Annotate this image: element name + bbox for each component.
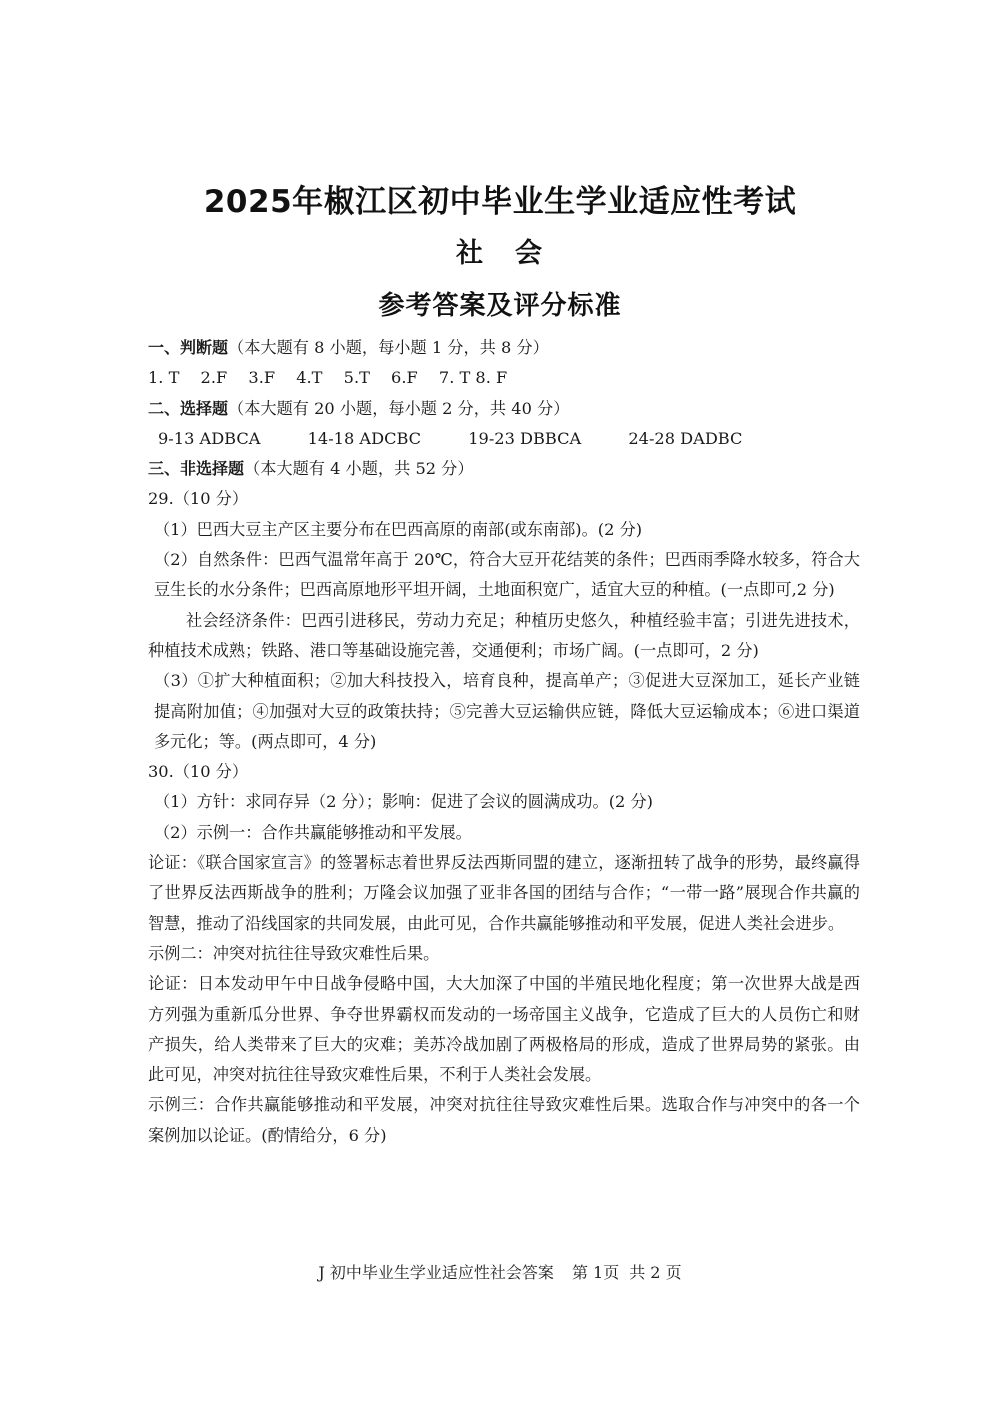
q30-part1: （1）方针：求同存异（2 分）；影响：促进了会议的圆满成功。(2 分)	[148, 787, 860, 817]
tf-answer: 4.T	[296, 363, 322, 393]
tf-answer: 2.F	[201, 363, 228, 393]
mc-answer-group: 9-13 ADBCA	[158, 424, 260, 454]
answer-body: 一、判断题（本大题有 8 小题，每小题 1 分，共 8 分） 1. T 2.F …	[148, 333, 860, 1151]
footer-page-number: 第 1页	[572, 1263, 619, 1282]
q30-part2-example1: （2）示例一：合作共赢能够推动和平发展。	[148, 818, 860, 848]
section1-header: 一、判断题（本大题有 8 小题，每小题 1 分，共 8 分）	[148, 333, 860, 363]
q30-example1-argument: 论证：《联合国家宣言》的签署标志着世界反法西斯同盟的建立，逐渐扭转了战争的形势，…	[148, 848, 860, 939]
section2-heading: 二、选择题	[148, 399, 228, 418]
document-subtitle: 参考答案及评分标准	[0, 285, 1000, 322]
page-footer: J 初中毕业生学业适应性社会答案第 1页共 2 页	[0, 1260, 1000, 1283]
tf-answer: 7. T 8. F	[439, 363, 507, 393]
exam-title: 2025年椒江区初中毕业生学业适应性考试	[0, 176, 1000, 221]
q29-part2-natural: （2）自然条件：巴西气温常年高于 20℃，符合大豆开花结荚的条件；巴西雨季降水较…	[148, 545, 860, 606]
subject-title: 社会	[0, 231, 1000, 270]
tf-answer: 5.T	[344, 363, 370, 393]
section1-heading: 一、判断题	[148, 338, 228, 357]
section2-note: （本大题有 20 小题，每小题 2 分，共 40 分）	[228, 399, 569, 418]
subject-char-1: 社	[456, 238, 485, 269]
q30-example3: 示例三：合作共赢能够推动和平发展，冲突对抗往往导致灾难性后果。选取合作与冲突中的…	[148, 1090, 860, 1151]
q29-part3: （3）①扩大种植面积；②加大科技投入，培育良种，提高单产；③促进大豆深加工，延长…	[148, 666, 860, 757]
q30-example2-argument: 论证：日本发动甲午中日战争侵略中国，大大加深了中国的半殖民地化程度；第一次世界大…	[148, 969, 860, 1090]
section2-header: 二、选择题（本大题有 20 小题，每小题 2 分，共 40 分）	[148, 394, 860, 424]
subject-char-2: 会	[515, 238, 544, 269]
q29-part1: （1）巴西大豆主产区主要分布在巴西高原的南部(或东南部)。(2 分)	[148, 515, 860, 545]
tf-answer: 3.F	[248, 363, 275, 393]
q30-example2: 示例二：冲突对抗往往导致灾难性后果。	[148, 939, 860, 969]
tf-answer: 6.F	[391, 363, 418, 393]
mc-answer-group: 14-18 ADCBC	[308, 424, 421, 454]
q29-label: 29.（10 分）	[148, 484, 860, 514]
footer-doc-name: J 初中毕业生学业适应性社会答案	[318, 1263, 554, 1282]
section3-heading: 三、非选择题	[148, 459, 244, 478]
section3-note: （本大题有 4 小题，共 52 分）	[244, 459, 474, 478]
section2-answers: 9-13 ADBCA 14-18 ADCBC 19-23 DBBCA 24-28…	[148, 424, 860, 454]
tf-answer: 1. T	[148, 363, 179, 393]
mc-answer-group: 24-28 DADBC	[628, 424, 742, 454]
section1-answers: 1. T 2.F 3.F 4.T 5.T 6.F 7. T 8. F	[148, 363, 860, 393]
mc-answer-group: 19-23 DBBCA	[468, 424, 581, 454]
q30-label: 30.（10 分）	[148, 757, 860, 787]
footer-page-total: 共 2 页	[629, 1263, 681, 1282]
q29-part2-socioeconomic: 社会经济条件：巴西引进移民，劳动力充足；种植历史悠久，种植经验丰富；引进先进技术…	[148, 606, 860, 667]
section1-note: （本大题有 8 小题，每小题 1 分，共 8 分）	[228, 338, 549, 357]
section3-header: 三、非选择题（本大题有 4 小题，共 52 分）	[148, 454, 860, 484]
answer-sheet-page: 2025年椒江区初中毕业生学业适应性考试 社会 参考答案及评分标准 一、判断题（…	[0, 0, 1000, 1414]
